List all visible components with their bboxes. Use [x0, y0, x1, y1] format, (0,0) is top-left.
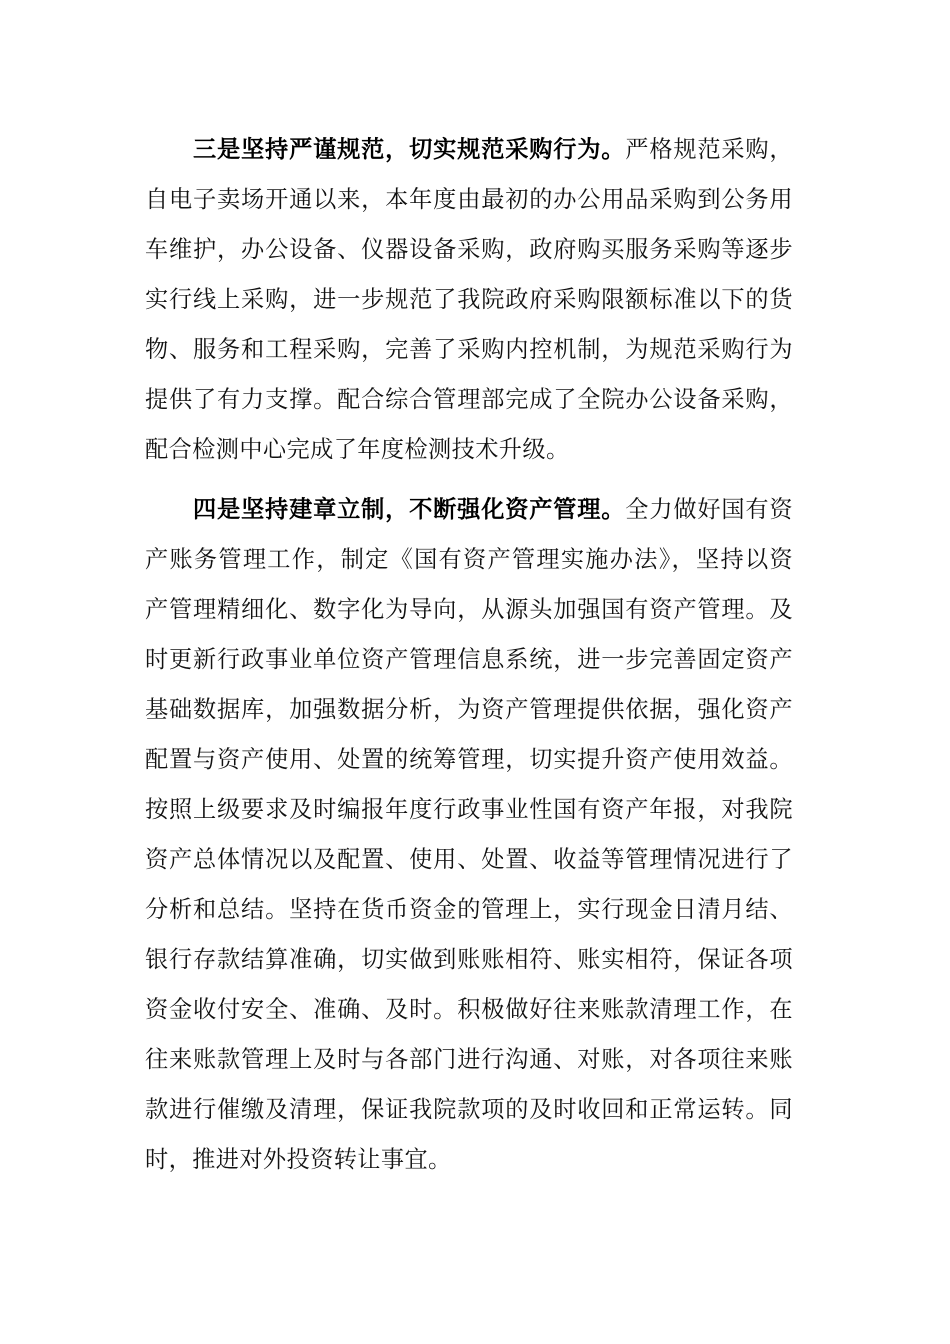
paragraph-lead-heading: 四是坚持建章立制，不断强化资产管理。 — [193, 496, 625, 523]
paragraph-body-text: 全力做好国有资产账务管理工作，制定《国有资产管理实施办法》，坚持以资产管理精细化… — [145, 496, 793, 1173]
paragraph-asset-management: 四是坚持建章立制，不断强化资产管理。全力做好国有资产账务管理工作，制定《国有资产… — [145, 485, 793, 1185]
paragraph-body-text: 严格规范采购，自电子卖场开通以来，本年度由最初的办公用品采购到公务用车维护，办公… — [145, 136, 793, 463]
document-page: 三是坚持严谨规范，切实规范采购行为。严格规范采购，自电子卖场开通以来，本年度由最… — [145, 125, 793, 1185]
paragraph-lead-heading: 三是坚持严谨规范，切实规范采购行为。 — [193, 136, 625, 163]
paragraph-procurement: 三是坚持严谨规范，切实规范采购行为。严格规范采购，自电子卖场开通以来，本年度由最… — [145, 125, 793, 475]
